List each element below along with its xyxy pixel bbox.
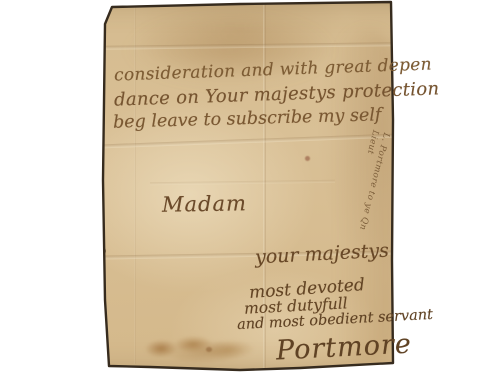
letter-photograph: consideration and with great depen dance… [0,0,500,375]
salutation-madam: Madam [162,191,247,216]
